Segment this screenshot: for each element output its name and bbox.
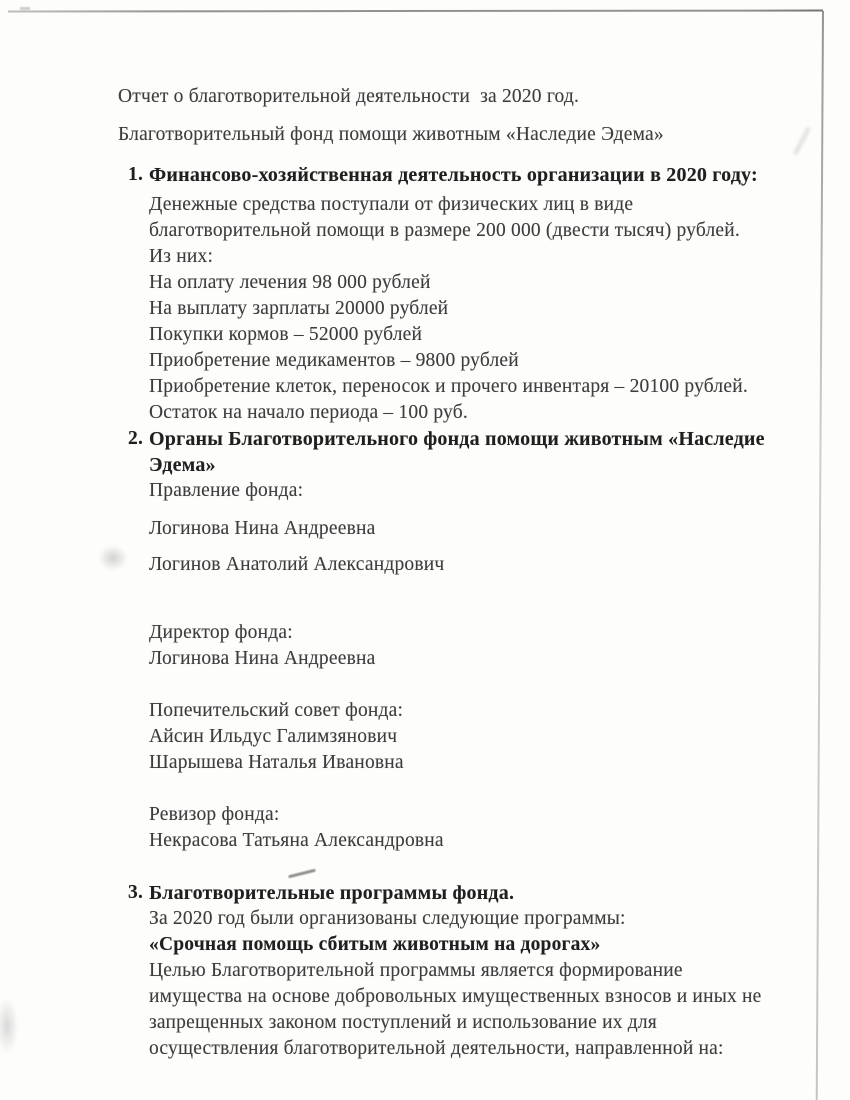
section-finance-number: 1. <box>128 162 143 188</box>
report-title: Отчет о благотворительной деятельности з… <box>118 84 798 110</box>
section-governance-number: 2. <box>128 426 143 452</box>
section-governance-heading-line2: Эдема» <box>149 452 798 478</box>
scanned-report-page: Отчет о благотворительной деятельности з… <box>118 84 798 1062</box>
scan-speck <box>20 7 30 10</box>
section-governance: 2. Органы Благотворительного фонда помощ… <box>118 426 798 854</box>
programs-intro: За 2020 год были организованы следующие … <box>149 906 798 932</box>
section-programs: 3. Благотворительные программы фонда. За… <box>118 880 798 1062</box>
board-member: Логинова Нина Андреевна <box>149 516 798 542</box>
trustee-name: Айсин Ильдус Галимзянович <box>149 724 798 750</box>
section-finance-heading: Финансово-хозяйственная деятельность орг… <box>149 162 798 188</box>
scan-edge-top-line <box>8 10 823 13</box>
finance-line: На выплату зарплаты 20000 рублей <box>149 296 798 322</box>
finance-line: На оплату лечения 98 000 рублей <box>149 270 798 296</box>
section-governance-heading-line1: Органы Благотворительного фонда помощи ж… <box>149 426 798 452</box>
finance-line: Денежные средства поступали от физически… <box>149 192 798 218</box>
scan-smudge <box>0 998 18 1054</box>
finance-line: Приобретение медикаментов – 9800 рублей <box>149 348 798 374</box>
trustee-name: Шарышева Наталья Ивановна <box>149 750 798 776</box>
auditor-name: Некрасова Татьяна Александровна <box>149 828 798 854</box>
section-programs-number: 3. <box>128 880 143 906</box>
trustees-label: Попечительский совет фонда: <box>149 698 798 724</box>
board-member: Логинов Анатолий Александрович <box>149 552 798 578</box>
director-label: Директор фонда: <box>149 620 798 646</box>
finance-line: Покупки кормов – 52000 рублей <box>149 322 798 348</box>
director-name: Логинова Нина Андреевна <box>149 646 798 672</box>
finance-line: Из них: <box>149 244 798 270</box>
finance-line: Остаток на начало периода – 100 руб. <box>149 400 798 426</box>
report-sections: 1. Финансово-хозяйственная деятельность … <box>118 162 798 1062</box>
program-description-line: имущества на основе добровольных имущест… <box>149 984 798 1010</box>
section-programs-heading: Благотворительные программы фонда. <box>149 880 798 906</box>
program-description-line: Целью Благотворительной программы являет… <box>149 958 798 984</box>
auditor-label: Ревизор фонда: <box>149 802 798 828</box>
program-description-line: запрещенных законом поступлений и исполь… <box>149 1010 798 1036</box>
program-name: «Срочная помощь сбитым животным на дорог… <box>149 932 798 958</box>
finance-line: Приобретение клеток, переносок и прочего… <box>149 374 798 400</box>
scan-edge-right-line <box>816 11 824 1100</box>
organization-name: Благотворительный фонд помощи животным «… <box>118 122 798 148</box>
program-description-line: осуществления благотворительной деятельн… <box>149 1036 798 1062</box>
finance-line: благотворительной помощи в размере 200 0… <box>149 218 798 244</box>
board-label: Правление фонда: <box>149 478 798 504</box>
section-finance: 1. Финансово-хозяйственная деятельность … <box>118 162 798 426</box>
